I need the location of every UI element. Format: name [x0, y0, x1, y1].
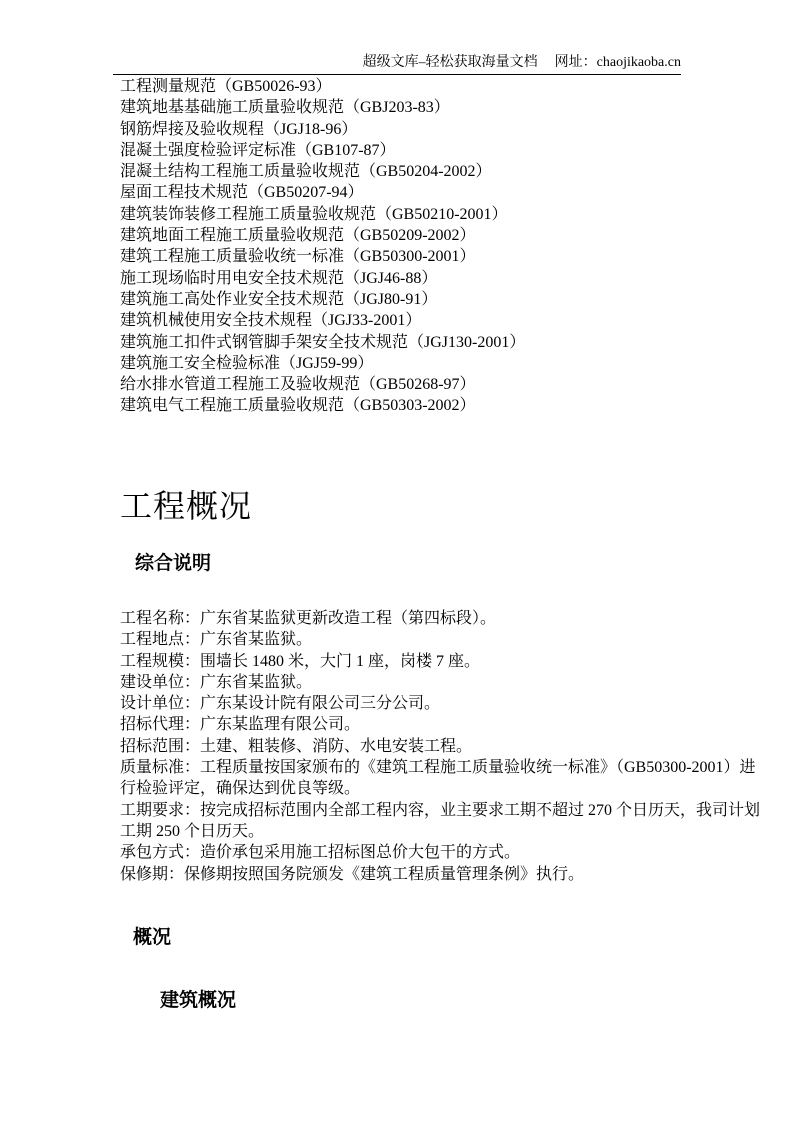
standard-list-item: 混凝土结构工程施工质量验收规范（GB50204-2002） — [120, 161, 700, 182]
section-heading-building-overview: 建筑概况 — [160, 989, 236, 1012]
standard-list-item: 建筑电气工程施工质量验收规范（GB50303-2002） — [120, 395, 700, 416]
project-overview-text: 工程名称：广东省某监狱更新改造工程（第四标段）。工程地点：广东省某监狱。工程规模… — [120, 608, 692, 885]
standard-list-item: 建筑装饰装修工程施工质量验收规范（GB50210-2001） — [120, 204, 700, 225]
header-site-url: 网址：chaojikaoba.cn — [555, 55, 681, 70]
overview-line: 保修期：保修期按照国务院颁发《建筑工程质量管理条例》执行。 — [120, 864, 692, 885]
overview-line: 建设单位：广东省某监狱。 — [120, 672, 692, 693]
overview-line: 工期 250 个日历天。 — [120, 821, 692, 842]
standard-list-item: 建筑地基基础施工质量验收规范（GBJ203-83） — [120, 97, 700, 118]
standard-list-item: 施工现场临时用电安全技术规范（JGJ46-88） — [120, 268, 700, 289]
standard-list-item: 建筑地面工程施工质量验收规范（GB50209-2002） — [120, 225, 700, 246]
overview-line: 行检验评定，确保达到优良等级。 — [120, 778, 692, 799]
standard-list-item: 建筑机械使用安全技术规程（JGJ33-2001） — [120, 310, 700, 331]
standard-list-item: 建筑施工高处作业安全技术规范（JGJ80-91） — [120, 289, 700, 310]
overview-line: 工期要求：按完成招标范围内全部工程内容，业主要求工期不超过 270 个日历天，我… — [120, 800, 692, 821]
header-divider-line — [113, 74, 681, 75]
overview-line: 设计单位：广东某设计院有限公司三分公司。 — [120, 693, 692, 714]
standard-list-item: 屋面工程技术规范（GB50207-94） — [120, 182, 700, 203]
overview-line: 质量标准：工程质量按国家颁布的《建筑工程施工质量验收统一标准》（GB50300-… — [120, 757, 692, 778]
standard-list-item: 混凝土强度检验评定标准（GB107-87） — [120, 140, 700, 161]
overview-line: 工程地点：广东省某监狱。 — [120, 629, 692, 650]
section-heading-overview: 概况 — [133, 926, 171, 949]
overview-line: 工程名称：广东省某监狱更新改造工程（第四标段）。 — [120, 608, 692, 629]
overview-line: 承包方式：造价承包采用施工招标图总价大包干的方式。 — [120, 842, 692, 863]
standard-list-item: 建筑工程施工质量验收统一标准（GB50300-2001） — [120, 246, 700, 267]
document-page: 超级文库–轻松获取海量文档网址：chaojikaoba.cn 工程测量规范（GB… — [0, 0, 793, 1122]
main-title: 工程概况 — [120, 487, 252, 525]
standard-list-item: 建筑施工扣件式钢管脚手架安全技术规范（JGJ130-2001） — [120, 332, 700, 353]
overview-line: 招标代理：广东某监理有限公司。 — [120, 714, 692, 735]
standards-list: 工程测量规范（GB50026-93）建筑地基基础施工质量验收规范（GBJ203-… — [120, 76, 700, 417]
standard-list-item: 钢筋焊接及验收规程（JGJ18-96） — [120, 119, 700, 140]
page-header: 超级文库–轻松获取海量文档网址：chaojikaoba.cn — [113, 54, 681, 72]
header-site-name: 超级文库–轻松获取海量文档 — [363, 55, 538, 70]
section-heading-general-description: 综合说明 — [135, 552, 211, 575]
standard-list-item: 建筑施工安全检验标准（JGJ59-99） — [120, 353, 700, 374]
standard-list-item: 给水排水管道工程施工及验收规范（GB50268-97） — [120, 374, 700, 395]
overview-line: 工程规模：围墙长 1480 米，大门 1 座，岗楼 7 座。 — [120, 651, 692, 672]
overview-line: 招标范围：土建、粗装修、消防、水电安装工程。 — [120, 736, 692, 757]
standard-list-item: 工程测量规范（GB50026-93） — [120, 76, 700, 97]
